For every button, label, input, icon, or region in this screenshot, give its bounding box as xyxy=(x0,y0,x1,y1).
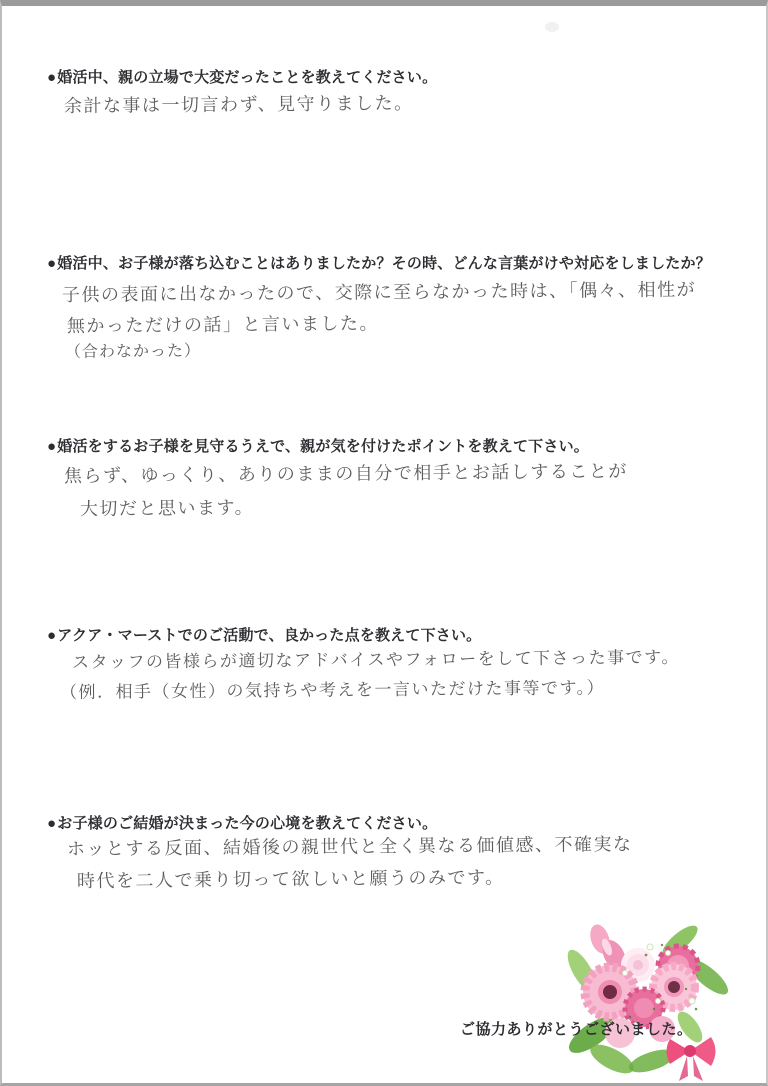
question-1-text: 婚活中、親の立場で大変だったことを教えてください。 xyxy=(57,66,437,87)
flower-bouquet-image xyxy=(550,909,745,1086)
answer-3-line-1: 焦らず、ゆっくり、ありのままの自分で相手とお話しすることが xyxy=(64,457,628,488)
question-4: ● アクア・マーストでのご活動で、良かった点を教えて下さい。 xyxy=(47,624,481,645)
bullet-icon: ● xyxy=(47,438,56,455)
answer-2-line-1: 子供の表面に出なかったので、交際に至らなかった時は、「偶々、相性が xyxy=(62,275,696,307)
scan-smudge xyxy=(545,22,559,32)
question-3-text: 婚活をするお子様を見守るうえで、親が気を付けたポイントを教えて下さい。 xyxy=(57,435,589,456)
bullet-icon: ● xyxy=(47,627,56,644)
question-1: ● 婚活中、親の立場で大変だったことを教えてください。 xyxy=(47,66,437,87)
bullet-icon: ● xyxy=(47,69,56,86)
question-3: ● 婚活をするお子様を見守るうえで、親が気を付けたポイントを教えて下さい。 xyxy=(47,435,589,456)
question-4-text: アクア・マーストでのご活動で、良かった点を教えて下さい。 xyxy=(57,624,481,645)
bullet-icon: ● xyxy=(47,815,56,832)
question-2-text: 婚活中、お子様が落ち込むことはありましたか？その時、どんな言葉がけや対応をしまし… xyxy=(57,252,711,273)
answer-2-line-3: （合わなかった） xyxy=(65,338,201,362)
question-5: ● お子様のご結婚が決まった今の心境を教えてください。 xyxy=(47,812,437,833)
answer-2-line-2: 無かっただけの話」と言いました。 xyxy=(67,309,379,338)
answer-4-line-2: （例．相手（女性）の気持ちや考えを一言いただけた事等です。） xyxy=(60,673,605,703)
question-2: ● 婚活中、お子様が落ち込むことはありましたか？その時、どんな言葉がけや対応をし… xyxy=(47,252,711,273)
scanned-survey-page: ● 婚活中、親の立場で大変だったことを教えてください。 余計な事は一切言わず、見… xyxy=(0,0,768,1086)
ribbon-bow-icon xyxy=(667,1037,716,1081)
question-5-text: お子様のご結婚が決まった今の心境を教えてください。 xyxy=(57,812,437,833)
answer-5-line-1: ホッとする反面、結婚後の親世代と全く異なる価値感、不確実な xyxy=(67,830,633,861)
answer-3-line-2: 大切だと思います。 xyxy=(80,493,254,521)
answer-5-line-2: 時代を二人で乗り切って欲しいと願うのみです。 xyxy=(77,863,505,893)
thank-you-text: ご協力ありがとうございました。 xyxy=(460,1018,693,1039)
answer-4-line-1: スタッフの皆様らが適切なアドバイスやフォローをして下さった事です。 xyxy=(72,643,680,673)
answer-1-line-1: 余計な事は一切言わず、見守りました。 xyxy=(64,89,414,118)
bullet-icon: ● xyxy=(47,255,56,272)
